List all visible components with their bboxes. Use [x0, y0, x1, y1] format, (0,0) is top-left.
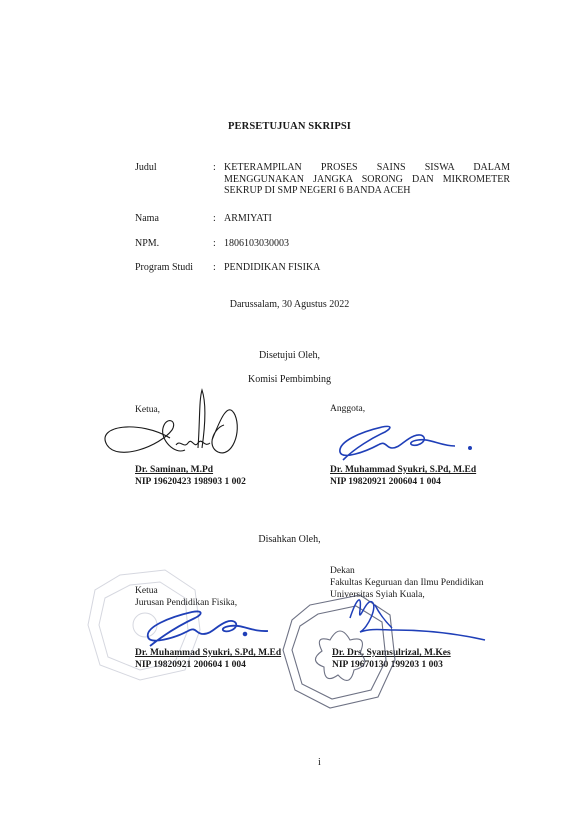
supervisor-nip: NIP 19620423 198903 1 002	[135, 477, 246, 487]
page-number: i	[318, 757, 321, 768]
field-label-nama: Nama	[135, 213, 159, 224]
colon: :	[213, 238, 216, 249]
field-label-program-studi: Program Studi	[135, 262, 193, 273]
ratified-by-label: Disahkan Oleh,	[0, 534, 579, 545]
approved-by-label: Disetujui Oleh,	[0, 350, 579, 361]
field-label-judul: Judul	[135, 162, 157, 173]
ratifier-nip: NIP 19670130 199203 1 003	[332, 660, 443, 670]
field-value-npm: 1806103030003	[224, 238, 289, 249]
signature-syukri-icon	[148, 611, 268, 646]
supervisor-role: Ketua,	[135, 405, 160, 417]
judul-line: SEKRUP DI SMP NEGERI 6 BANDA ACEH	[224, 185, 510, 197]
colon: :	[213, 213, 216, 224]
committee-label: Komisi Pembimbing	[0, 374, 579, 385]
judul-line: KETERAMPILAN PROSES SAINS SISWA DALAM	[224, 162, 510, 174]
supervisor-name: Dr. Saminan, M.Pd	[135, 465, 213, 475]
ratifier-role-line: Dekan	[330, 566, 355, 578]
signature-syamsulrizal-icon	[350, 600, 485, 640]
ratifier-role-line: Ketua	[135, 586, 158, 598]
field-label-npm: NPM.	[135, 238, 159, 249]
colon: :	[213, 162, 216, 173]
colon: :	[213, 262, 216, 273]
ratifier-name: Dr. Muhammad Syukri, S.Pd, M.Ed	[135, 648, 281, 658]
ratifier-name: Dr. Drs. Syamsulrizal, M.Kes	[332, 648, 451, 658]
field-value-judul: KETERAMPILAN PROSES SAINS SISWA DALAM ME…	[224, 162, 510, 197]
document-title: PERSETUJUAN SKRIPSI	[0, 121, 579, 132]
ratifier-role-line: Universitas Syiah Kuala,	[330, 590, 425, 602]
supervisor-name: Dr. Muhammad Syukri, S.Pd, M.Ed	[330, 465, 476, 475]
field-value-nama: ARMIYATI	[224, 213, 272, 224]
signature-saminan-icon	[105, 390, 237, 453]
ratifier-role-line: Fakultas Keguruan dan Ilmu Pendidikan	[330, 578, 484, 590]
supervisor-nip: NIP 19820921 200604 1 004	[330, 477, 441, 487]
judul-line: MENGGUNAKAN JANGKA SORONG DAN MIKROMETER	[224, 174, 510, 186]
place-date: Darussalam, 30 Agustus 2022	[0, 299, 579, 310]
signature-syukri-icon	[340, 426, 471, 460]
ratifier-nip: NIP 19820921 200604 1 004	[135, 660, 246, 670]
ratifier-role-line: Jurusan Pendidikan Fisika,	[135, 598, 237, 610]
supervisor-role: Anggota,	[330, 404, 365, 416]
field-value-program-studi: PENDIDIKAN FISIKA	[224, 262, 320, 273]
